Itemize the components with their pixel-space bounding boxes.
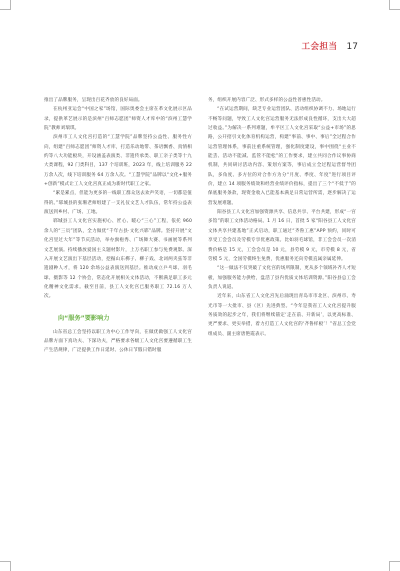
- paragraph: 近年来，山东省工人文化宫先后涌现出青岛市市北区、滨州市、寿光市等一大批市、县（区…: [208, 292, 356, 339]
- paragraph: 在杭州亚运会“中国之家”场馆，国际奥委会主席在革文化展示区品录，提供革艺展示的是…: [44, 105, 192, 133]
- paragraph: 推出了品牌服务，呈现出百花齐放的良好局面。: [44, 96, 192, 105]
- paragraph: 务，组织开展内容广泛、形式多样的公益性普惠性活动。: [208, 96, 356, 105]
- paragraph: “这一做法不仅突破了文化宫的场所限制，更从多个领域补齐人才短板，加强服务能力供给…: [208, 264, 356, 292]
- section-name: 工会担当: [302, 40, 338, 52]
- article-body: 推出了品牌服务，呈现出百花齐放的良好局面。 在杭州亚运会“中国之家”场馆，国际奥…: [44, 96, 356, 356]
- page-number: 17: [347, 42, 358, 52]
- paragraph: 山东省总工会坚持以职工为中心工作导向，在做优做强工人文化宫品牌方面下真功夫、下深…: [44, 328, 192, 356]
- left-column: 推出了品牌服务，呈现出百花齐放的良好局面。 在杭州亚运会“中国之家”场馆，国际奥…: [44, 96, 192, 356]
- crop-mark-top-right: [389, 0, 400, 10]
- right-column: 务，组织开展内容广泛、形式多样的公益性普惠性活动。 “在试运营期间，缺乏专业运营…: [208, 96, 356, 356]
- crop-mark-bottom-right: [389, 561, 400, 571]
- paragraph: 郓城县工人文化宫实施初心、匠心、暖心“三心”工程，依托 960 余人的“三员”团…: [44, 217, 192, 301]
- crop-mark-bottom-left: [0, 561, 11, 571]
- crop-mark-top-left: [0, 0, 11, 10]
- paragraph: 滨州市工人文化宫打造的“工慧学院”品牌坚持公益性、服务性方向，组建“百师志愿团”…: [44, 133, 192, 189]
- paragraph: “累是累点，但能为更多的一线职工群众送去欢声笑语，一切都是值得的。”郓城县的张珊…: [44, 189, 192, 217]
- section-heading: 向“服务”要影响力: [58, 313, 192, 324]
- running-head: 工会担当 17: [302, 40, 358, 52]
- paragraph: 阳谷县工人文化宫加强资源共享、信息共享、平台共建，形成“一宫多馆”的职工文体活动…: [208, 208, 356, 264]
- paragraph: “在试运营期间，缺乏专业运营团队、活动组织协调不力、场地运行不畅等问题，导致工人…: [208, 105, 356, 208]
